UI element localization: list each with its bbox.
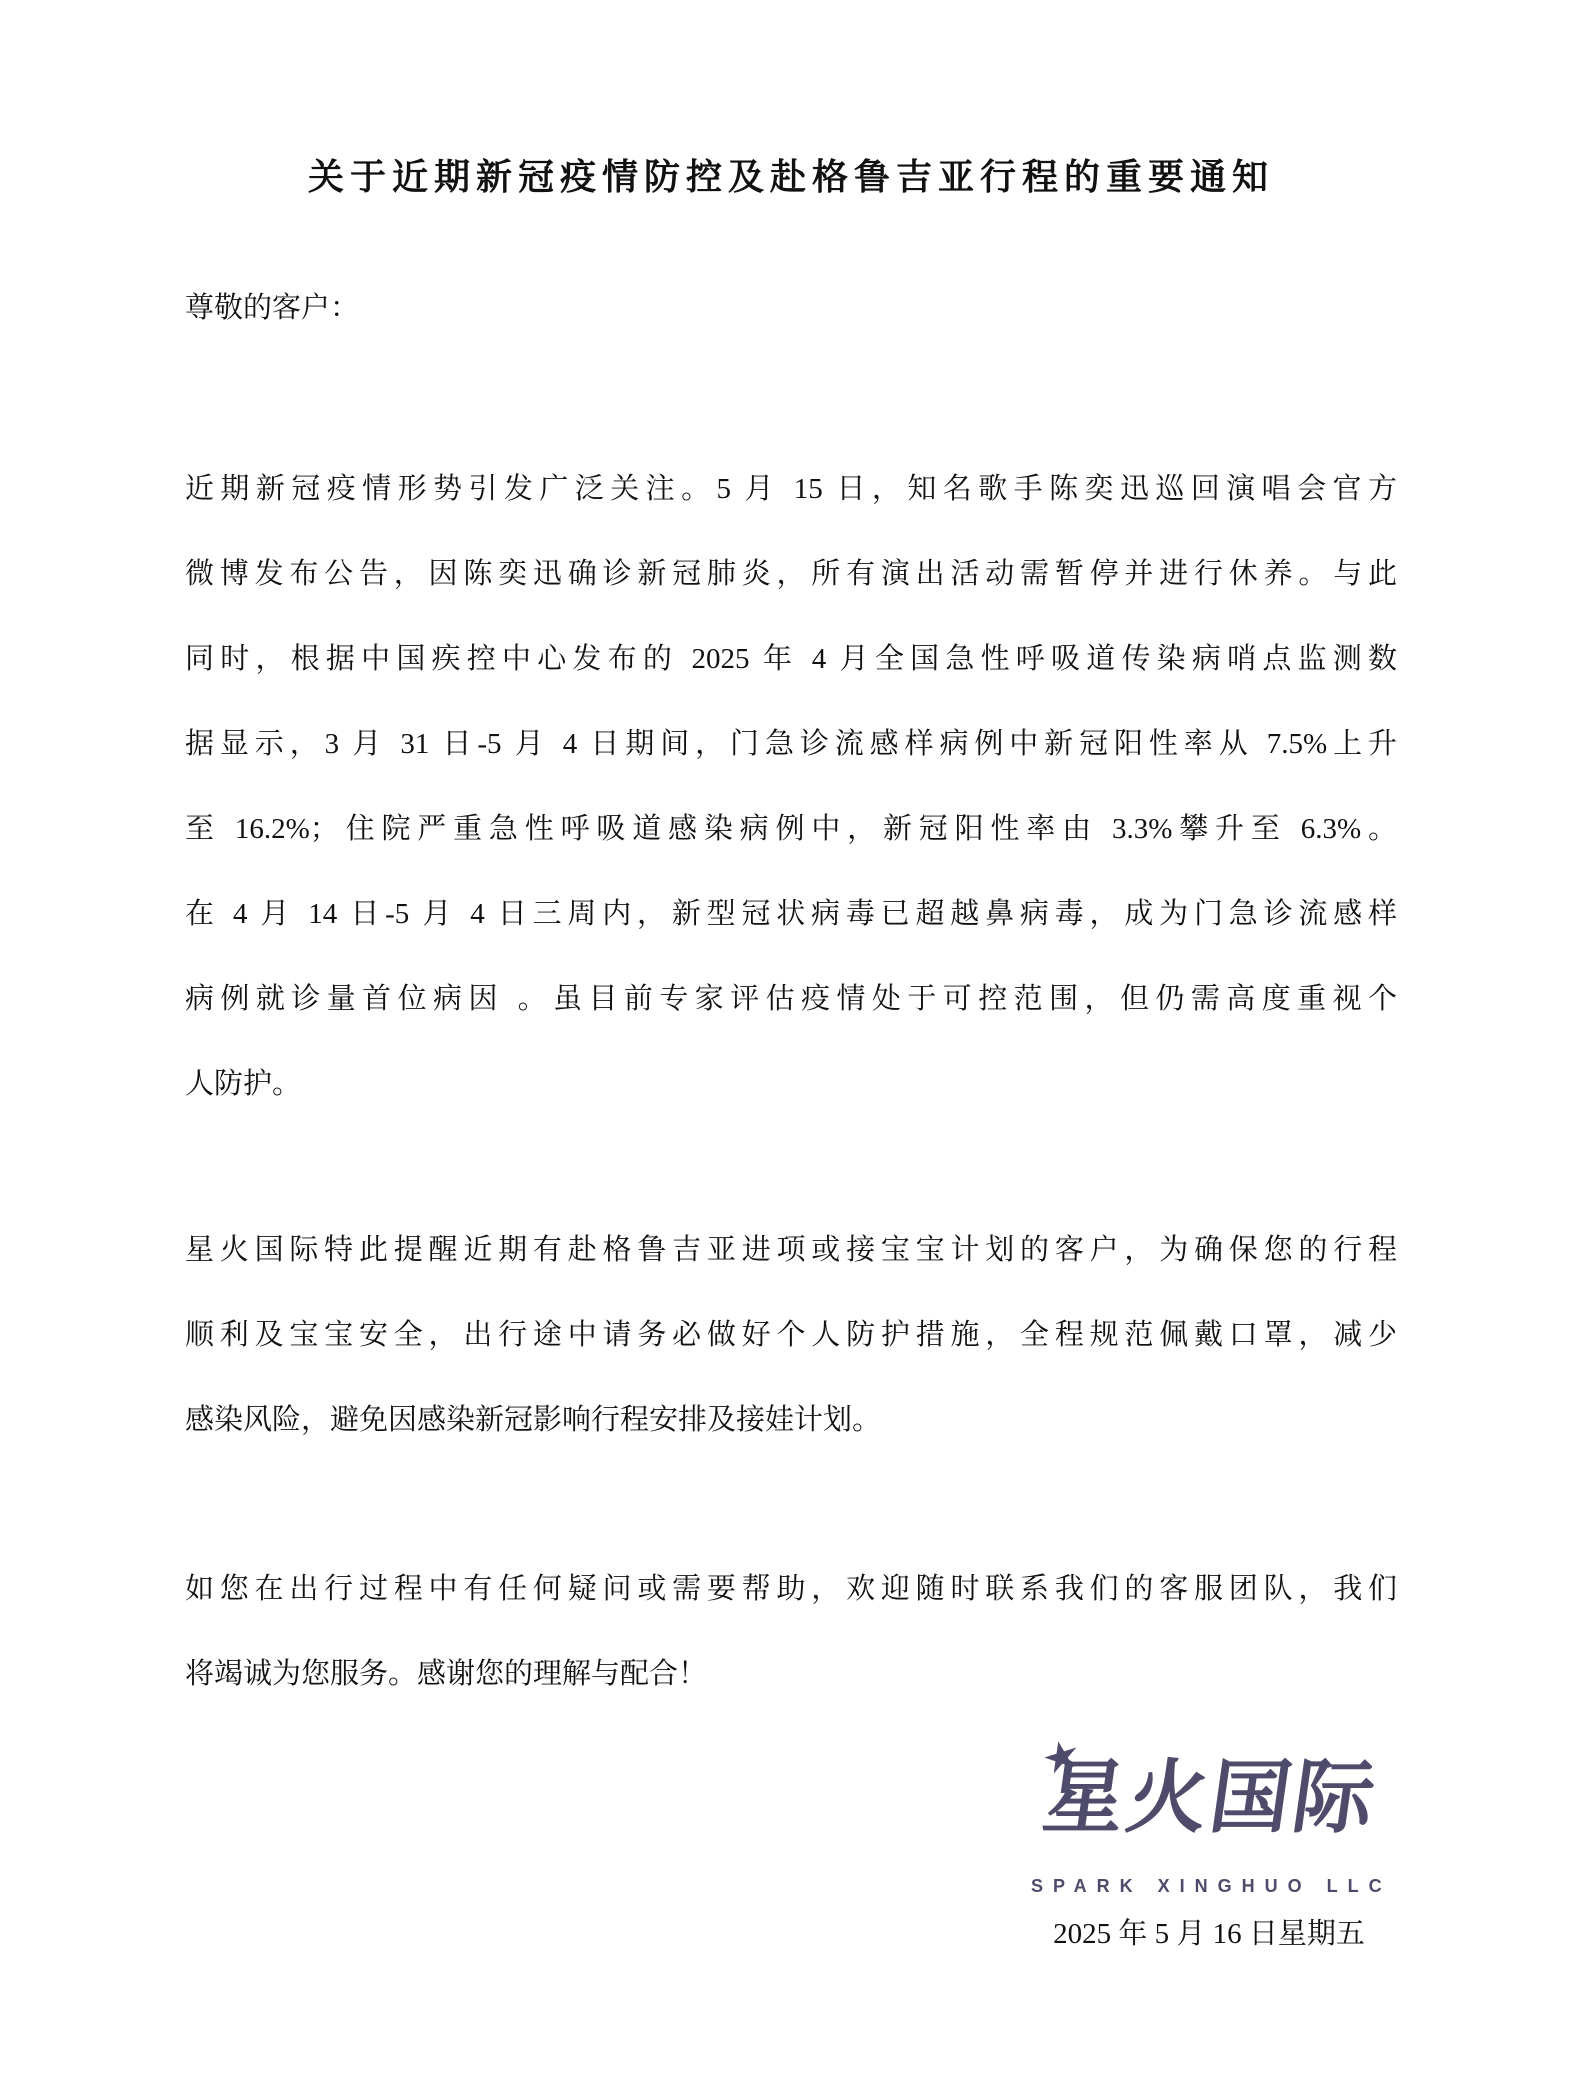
paragraph-line: 据显示，3 月 31 日-5 月 4 日期间，门急诊流感样病例中新冠阳性率从 7…: [185, 702, 1397, 787]
star-icon: ★: [1039, 1731, 1084, 1783]
paragraph-line: 人防护。: [185, 1042, 1397, 1127]
paragraph-epidemic-overview: 近期新冠疫情形势引发广泛关注。5 月 15 日，知名歌手陈奕迅巡回演唱会官方 微…: [185, 447, 1397, 1127]
logo-text: 星火国际: [1038, 1753, 1383, 1842]
paragraph-line: 将竭诚为您服务。感谢您的理解与配合！: [185, 1632, 1397, 1717]
paragraph-travel-reminder: 星火国际特此提醒近期有赴格鲁吉亚进项或接宝宝计划的客户，为确保您的行程 顺利及宝…: [185, 1208, 1397, 1463]
document-date: 2025 年 5 月 16 日星期五: [1031, 1914, 1387, 1954]
paragraph-line: 顺利及宝宝安全，出行途中请务必做好个人防护措施，全程规范佩戴口罩，减少: [185, 1293, 1397, 1378]
paragraph-line: 在 4 月 14 日-5 月 4 日三周内，新型冠状病毒已超越鼻病毒，成为门急诊…: [185, 872, 1397, 957]
paragraph-line: 星火国际特此提醒近期有赴格鲁吉亚进项或接宝宝计划的客户，为确保您的行程: [185, 1208, 1397, 1293]
document-content: 关于近期新冠疫情防控及赴格鲁吉亚行程的重要通知 尊敬的客户： 近期新冠疫情形势引…: [185, 0, 1397, 1717]
logo-subtext: SPARK XINGHUO LLC: [1031, 1874, 1387, 1898]
paragraph-line: 如您在出行过程中有任何疑问或需要帮助，欢迎随时联系我们的客服团队，我们: [185, 1547, 1397, 1632]
paragraph-line: 微博发布公告，因陈奕迅确诊新冠肺炎，所有演出活动需暂停并进行休养。与此: [185, 532, 1397, 617]
paragraph-line: 病例就诊量首位病因 。虽目前专家评估疫情处于可控范围，但仍需高度重视个: [185, 957, 1397, 1042]
salutation: 尊敬的客户：: [185, 266, 1397, 351]
paragraph-contact-support: 如您在出行过程中有任何疑问或需要帮助，欢迎随时联系我们的客服团队，我们 将竭诚为…: [185, 1547, 1397, 1717]
company-logo: ★星火国际: [1035, 1750, 1384, 1868]
paragraph-line: 同时，根据中国疾控中心发布的 2025 年 4 月全国急性呼吸道传染病哨点监测数: [185, 617, 1397, 702]
paragraph-line: 感染风险，避免因感染新冠影响行程安排及接娃计划。: [185, 1378, 1397, 1463]
signature-block: ★星火国际 SPARK XINGHUO LLC 2025 年 5 月 16 日星…: [1031, 1750, 1387, 1954]
document-page: 关于近期新冠疫情防控及赴格鲁吉亚行程的重要通知 尊敬的客户： 近期新冠疫情形势引…: [0, 0, 1587, 2081]
page-title: 关于近期新冠疫情防控及赴格鲁吉亚行程的重要通知: [185, 135, 1397, 220]
paragraph-line: 至 16.2%；住院严重急性呼吸道感染病例中，新冠阳性率由 3.3%攀升至 6.…: [185, 787, 1397, 872]
paragraph-line: 近期新冠疫情形势引发广泛关注。5 月 15 日，知名歌手陈奕迅巡回演唱会官方: [185, 447, 1397, 532]
